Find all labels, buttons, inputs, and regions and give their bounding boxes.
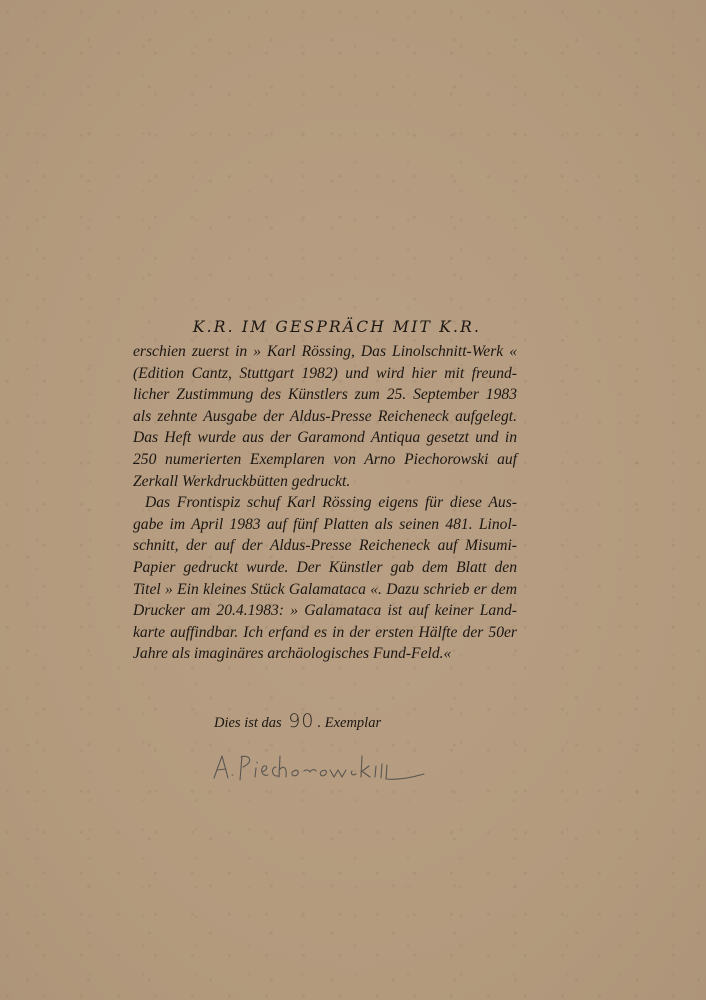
text-line: erschien zuerst in » Karl Rössing, Das L…: [133, 341, 517, 363]
text-line: schnitt, der auf der Aldus-Presse Reiche…: [133, 535, 517, 557]
text-line: 250 numerierten Exemplaren von Arno Piec…: [133, 449, 517, 471]
colophon-title: K.R. IM GESPRÄCH MIT K.R.: [157, 316, 517, 338]
handwritten-signature: [210, 744, 490, 788]
text-line: karte auffindbar. Ich erfand es in der e…: [133, 622, 517, 644]
text-line: Titel » Ein kleines Stück Galamataca «. …: [133, 579, 517, 601]
text-line: Zerkall Werkdruckbütten gedruckt.: [133, 471, 517, 493]
colophon-page: K.R. IM GESPRÄCH MIT K.R. erschien zuers…: [0, 0, 706, 1000]
text-line: (Edition Cantz, Stuttgart 1982) und wird…: [133, 363, 517, 385]
text-line: Drucker am 20.4.1983: » Galamataca ist a…: [133, 600, 517, 622]
text-line: Das Frontispiz schuf Karl Rössing eigens…: [133, 492, 517, 514]
paragraph-edition-info: erschien zuerst in » Karl Rössing, Das L…: [133, 341, 517, 492]
exemplar-suffix: . Exemplar: [317, 715, 381, 731]
text-line: als zehnte Ausgabe der Aldus-Presse Reic…: [133, 406, 517, 428]
exemplar-prefix: Dies ist das: [214, 715, 282, 731]
paragraph-frontispiece-info: Das Frontispiz schuf Karl Rössing eigens…: [133, 492, 517, 665]
text-line: gabe im April 1983 auf fünf Platten als …: [133, 514, 517, 536]
handwritten-copy-number: 90: [288, 710, 314, 732]
exemplar-line: Dies ist das 90. Exemplar: [214, 710, 381, 732]
text-line: Papier gedruckt wurde. Der Künstler gab …: [133, 557, 517, 579]
signature-icon: [210, 744, 490, 788]
colophon-block: K.R. IM GESPRÄCH MIT K.R. erschien zuers…: [133, 316, 517, 665]
text-line: Das Heft wurde aus der Garamond Antiqua …: [133, 427, 517, 449]
text-line: Jahre als imaginäres archäologisches Fun…: [133, 643, 517, 665]
text-line: licher Zustimmung des Künstlers zum 25. …: [133, 384, 517, 406]
